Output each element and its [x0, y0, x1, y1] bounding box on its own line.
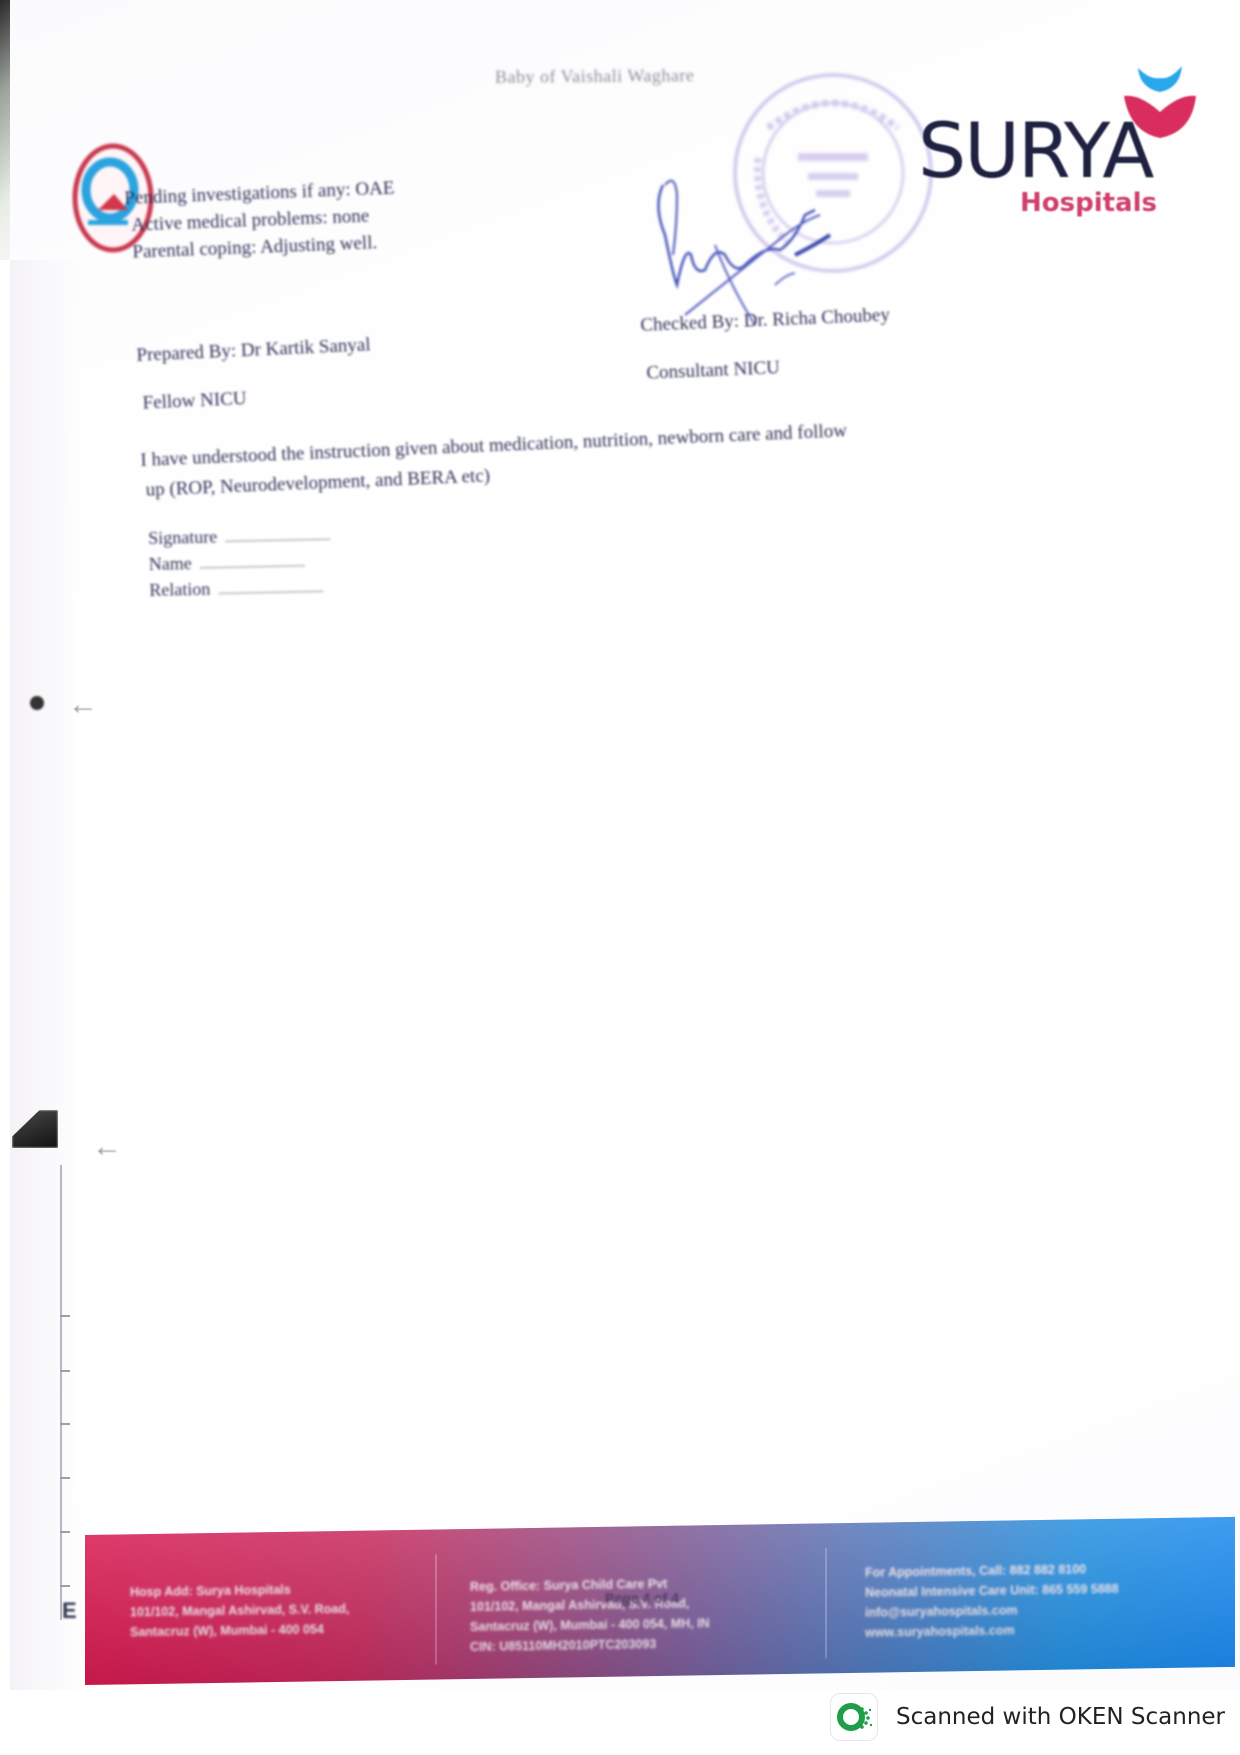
- edge-letter: E: [62, 1598, 77, 1624]
- watermark-text: Scanned with OKEN Scanner: [896, 1704, 1225, 1730]
- relation-field[interactable]: Relation: [149, 576, 323, 601]
- page-edge-shade: [10, 260, 80, 1690]
- page-number: Page 4 of 4: [605, 1590, 679, 1606]
- hospitals-subtitle: Hospitals: [1020, 188, 1157, 218]
- hospital-address: Hosp Add: Surya Hospitals 101/102, Manga…: [130, 1579, 349, 1642]
- signature-label: Signature: [148, 527, 217, 548]
- relation-label: Relation: [149, 579, 210, 600]
- relation-blank[interactable]: [218, 589, 323, 594]
- patient-header: Baby of Vaishali Waghare: [495, 65, 695, 88]
- binder-hole-shadow: [30, 696, 44, 710]
- name-field[interactable]: Name: [149, 551, 305, 575]
- email-link[interactable]: info@suryahospitals.com: [865, 1599, 1119, 1623]
- signature-blank[interactable]: [225, 537, 330, 542]
- prepared-by-role: Fellow NICU: [142, 388, 247, 415]
- signature-field[interactable]: Signature: [148, 524, 330, 549]
- name-blank[interactable]: [200, 564, 305, 569]
- footer-divider: [435, 1554, 437, 1664]
- surya-wordmark: SURYA: [918, 106, 1152, 195]
- scanner-watermark: Scanned with OKEN Scanner: [830, 1692, 1225, 1742]
- page-edge-ruler: [60, 1165, 62, 1620]
- left-arrow-mark-icon: ←: [68, 688, 98, 722]
- oken-scanner-logo-icon: [830, 1693, 878, 1741]
- name-label: Name: [149, 553, 192, 574]
- website-link[interactable]: www.suryahospitals.com: [865, 1619, 1119, 1643]
- left-arrow-mark-icon: ←: [92, 1130, 122, 1164]
- footer-divider: [825, 1548, 827, 1658]
- surya-hospitals-logo: SURYA Hospitals: [918, 58, 1218, 228]
- contact-info: For Appointments, Call: 882 882 8100 Neo…: [865, 1559, 1119, 1643]
- registered-office: Reg. Office: Surya Child Care Pvt 101/10…: [470, 1573, 710, 1657]
